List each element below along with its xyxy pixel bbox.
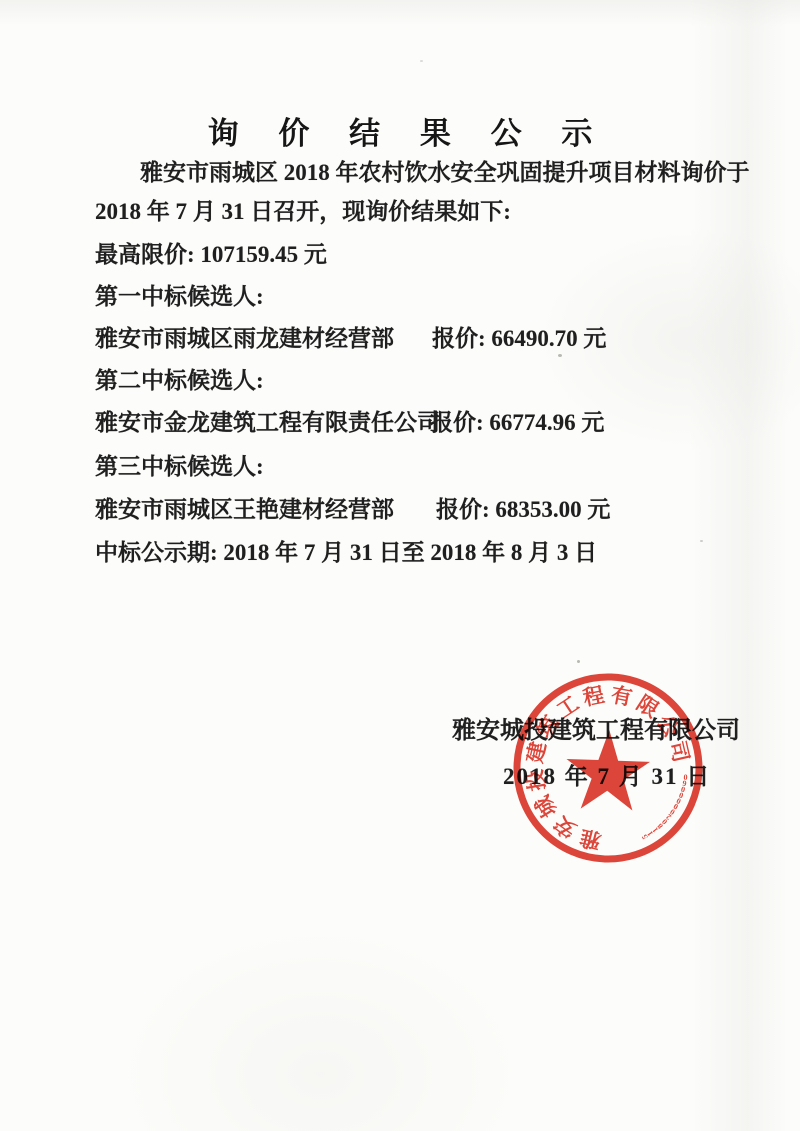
scan-speck — [420, 60, 423, 62]
intro-line-2: 2018 年 7 月 31 日召开，现询价结果如下: — [95, 197, 511, 227]
intro-line-1: 雅安市雨城区 2018 年农村饮水安全巩固提升项目材料询价于 — [140, 158, 750, 188]
candidate-3-name: 雅安市雨城区王艳建材经营部 — [95, 495, 394, 525]
company-seal-stamp: 雅安城投建筑工程有限公司 5118020000060 — [505, 665, 712, 872]
stamp-serial-number: 5118020000060 — [640, 771, 688, 842]
candidate-2-quote: 报价: 66774.96 元 — [430, 408, 604, 438]
scan-speck — [700, 540, 703, 542]
candidate-1-heading: 第一中标候选人: — [95, 282, 264, 312]
document-title: 询 价 结 果 公 示 — [0, 108, 800, 153]
publicity-period-line: 中标公示期: 2018 年 7 月 31 日至 2018 年 8 月 3 日 — [95, 538, 597, 568]
svg-text:有: 有 — [609, 683, 634, 710]
candidate-2-heading: 第二中标候选人: — [95, 366, 264, 396]
scan-speck — [558, 354, 562, 357]
candidate-1-name: 雅安市雨城区雨龙建材经营部 — [95, 324, 394, 354]
svg-text:0: 0 — [683, 772, 688, 781]
candidate-3-heading: 第三中标候选人: — [95, 452, 264, 482]
stamp-star-icon — [565, 729, 651, 811]
svg-text:雅: 雅 — [577, 825, 603, 853]
svg-text:程: 程 — [581, 683, 606, 711]
scanned-document-page: 询 价 结 果 公 示 雅安市雨城区 2018 年农村饮水安全巩固提升项目材料询… — [0, 0, 800, 1131]
candidate-3-quote: 报价: 68353.00 元 — [436, 495, 610, 525]
svg-text:投: 投 — [522, 768, 549, 793]
scan-speck — [577, 660, 580, 663]
svg-text:建: 建 — [523, 740, 551, 766]
svg-text:司: 司 — [665, 739, 693, 765]
candidate-1-quote: 报价: 66490.70 元 — [432, 324, 606, 354]
max-price-line: 最高限价: 107159.45 元 — [95, 240, 327, 270]
candidate-2-name: 雅安市金龙建筑工程有限责任公司 — [95, 408, 440, 438]
